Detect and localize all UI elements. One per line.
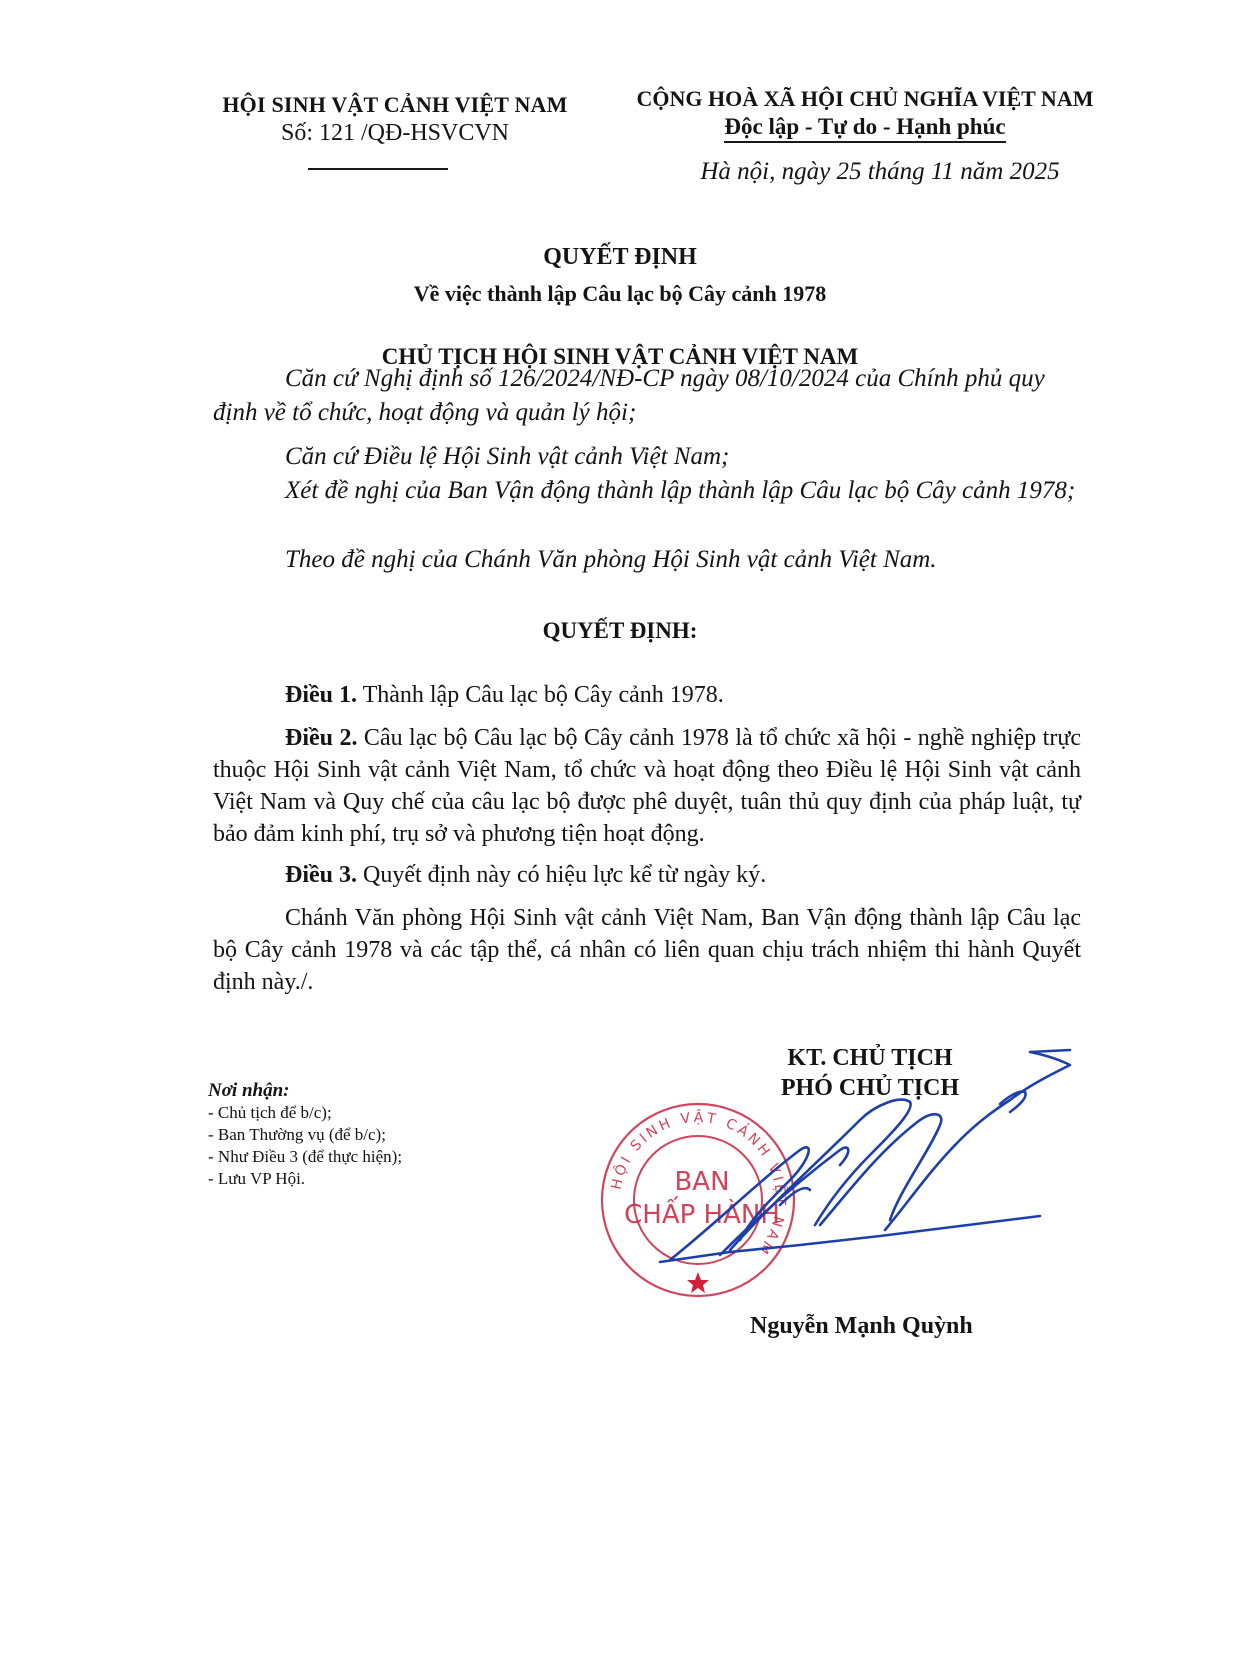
article-2: Điều 2. Câu lạc bộ Câu lạc bộ Cây cảnh 1… bbox=[213, 722, 1081, 850]
recipient-item: - Chủ tịch để b/c); bbox=[208, 1102, 402, 1124]
document-number: Số: 121 /QĐ-HSVCVN bbox=[190, 120, 600, 147]
recipients-block: Nơi nhận: - Chủ tịch để b/c); - Ban Thườ… bbox=[208, 1080, 402, 1190]
issuing-organization-block: HỘI SINH VẬT CẢNH VIỆT NAM Số: 121 /QĐ-H… bbox=[190, 92, 600, 147]
preamble-item: Căn cứ Điều lệ Hội Sinh vật cảnh Việt Na… bbox=[213, 440, 1083, 474]
closing-paragraph: Chánh Văn phòng Hội Sinh vật cảnh Việt N… bbox=[213, 902, 1081, 998]
article-text: Quyết định này có hiệu lực kể từ ngày ký… bbox=[357, 862, 766, 888]
article-label: Điều 2. bbox=[285, 725, 357, 751]
article-1: Điều 1. Thành lập Câu lạc bộ Cây cảnh 19… bbox=[213, 679, 1081, 711]
article-3: Điều 3. Quyết định này có hiệu lực kể từ… bbox=[213, 859, 1081, 891]
preamble-item: Xét đề nghị của Ban Vận động thành lập t… bbox=[213, 474, 1083, 508]
article-label: Điều 1. bbox=[285, 682, 357, 708]
preamble-item: Theo đề nghị của Chánh Văn phòng Hội Sin… bbox=[213, 543, 1083, 577]
decision-heading: QUYẾT ĐỊNH: bbox=[0, 618, 1240, 644]
recipient-item: - Ban Thường vụ (để b/c); bbox=[208, 1124, 402, 1146]
article-text: Thành lập Câu lạc bộ Cây cảnh 1978. bbox=[357, 682, 724, 708]
place-date: Hà nội, ngày 25 tháng 11 năm 2025 bbox=[620, 158, 1140, 186]
signer-name: Nguyễn Mạnh Quỳnh bbox=[750, 1313, 973, 1340]
national-motto: Độc lập - Tự do - Hạnh phúc bbox=[724, 114, 1005, 143]
organization-name: HỘI SINH VẬT CẢNH VIỆT NAM bbox=[190, 92, 600, 118]
document-subject: Về việc thành lập Câu lạc bộ Cây cảnh 19… bbox=[0, 281, 1240, 307]
handwritten-signature-icon bbox=[600, 1040, 1080, 1270]
recipients-label: Nơi nhận: bbox=[208, 1080, 402, 1102]
recipient-item: - Như Điều 3 (để thực hiện); bbox=[208, 1146, 402, 1168]
recipient-item: - Lưu VP Hội. bbox=[208, 1168, 402, 1190]
country-name: CỘNG HOÀ XÃ HỘI CHỦ NGHĨA VIỆT NAM bbox=[620, 86, 1110, 112]
header-divider bbox=[308, 168, 448, 170]
article-label: Điều 3. bbox=[285, 862, 357, 888]
document-title: QUYẾT ĐỊNH bbox=[0, 244, 1240, 271]
preamble-item: Căn cứ Nghị định số 126/2024/NĐ-CP ngày … bbox=[213, 362, 1083, 430]
national-header-block: CỘNG HOÀ XÃ HỘI CHỦ NGHĨA VIỆT NAM Độc l… bbox=[620, 86, 1110, 143]
star-icon bbox=[687, 1272, 709, 1293]
